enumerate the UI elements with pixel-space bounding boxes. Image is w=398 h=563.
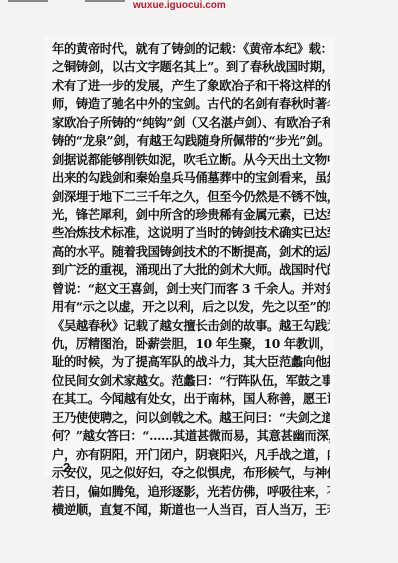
text-line: 横逆顺，直复不闻，斯道也一人当百，百人当万，王若试之，其: [52, 501, 330, 519]
text-line: 耻的时候，为了提高军队的战斗力，其大臣范蠡向他推荐了一: [52, 353, 330, 371]
scan-edge-mark-left: [8, 0, 48, 2]
text-line: 些冶炼技术标准，这说明了当时的铸剑技术确实已达到相当: [52, 224, 330, 242]
text-line: 铸的“龙泉”剑，有越王勾践随身所佩带的“步光”剑。这些宝: [52, 132, 330, 150]
text-line: 户，亦有阴阳，开门闭户，阴衰阳兴，凡手战之道，内实精神，外: [52, 446, 330, 464]
scan-edge-mark-right: [85, 0, 125, 2]
text-line: 仇，厉精图治，卧薪尝胆，10 年生聚，10 年教训，在准备伐吴雪: [52, 335, 330, 353]
text-line: 到广泛的重视，涌现出了大批的剑术大师。战国时代的庄子: [52, 261, 330, 279]
body-text: 年的黄帝时代，就有了铸剑的记载：《黄帝本纪》载：“帝采首山 之铜铸剑，以古文字题…: [52, 40, 330, 519]
text-line: 师，铸造了驰名中外的宝剑。古代的名剑有春秋时著名铸剑: [52, 95, 330, 113]
text-line: 出来的勾践剑和秦始皇兵马俑墓葬中的宝剑看来，虽然这些: [52, 169, 330, 187]
text-line: 光，锋芒犀利，剑中所含的珍贵稀有金属元素，已达到现代某: [52, 206, 330, 224]
site-watermark: wuxue.iguocui.com: [133, 0, 217, 12]
text-line: 家欧冶子所铸的“纯钩”剑（又名湛卢剑）、有欧冶子和干将合: [52, 114, 330, 132]
text-line: 剑深埋于地下二三千年之久，但至今仍然是不锈不蚀，熠熠寒: [52, 188, 330, 206]
text-line: 用有“示之以虚，开之以利，后之以发，先之以至”的精辟论述。: [52, 298, 330, 316]
text-line: 王乃使使聘之，问以剑戟之术。越王问曰：“夫剑之道则如之: [52, 409, 330, 427]
text-line: 术有了进一步的发展，产生了象欧冶子和干将这样的铸剑大: [52, 77, 330, 95]
page-number: 2: [63, 460, 70, 475]
text-line: 在其工。今闻越有处女，出于南林，国人称善，愿王请之”。越: [52, 390, 330, 408]
text-line: 高的水平。随着我国铸剑技术的不断提高，剑术的运用也受: [52, 243, 330, 261]
text-line: 示安仪，见之似好妇，夺之似惧虎，布形候气，与神俱往，杳之: [52, 464, 330, 482]
text-line: 《吴越春秋》记载了越女擅长击剑的故事。越王勾践为了复: [52, 317, 330, 335]
text-line: 若日，偏如腾兔，追形逐影，光若仿佛，呼吸往来，不及法禁，纵: [52, 483, 330, 501]
text-line: 位民间女剑术家越女。范蠡曰：“行阵队伍，军鼓之事，吉凶决: [52, 372, 330, 390]
text-line: 剑据说都能够削铁如泥，吹毛立断。从今天出土文物中发掘: [52, 151, 330, 169]
text-line: 曾说：“赵文王喜剑，剑士夹门而客 3 千余人。并对剑法的使: [52, 280, 330, 298]
text-line: 之铜铸剑，以古文字题名其上”。到了春秋战国时期，铸剑技: [52, 58, 330, 76]
text-line: 年的黄帝时代，就有了铸剑的记载：《黄帝本纪》载：“帝采首山: [52, 40, 330, 58]
text-line: 何？”越女答曰：“……其道甚微而易，其意甚幽而深，道有门: [52, 427, 330, 445]
